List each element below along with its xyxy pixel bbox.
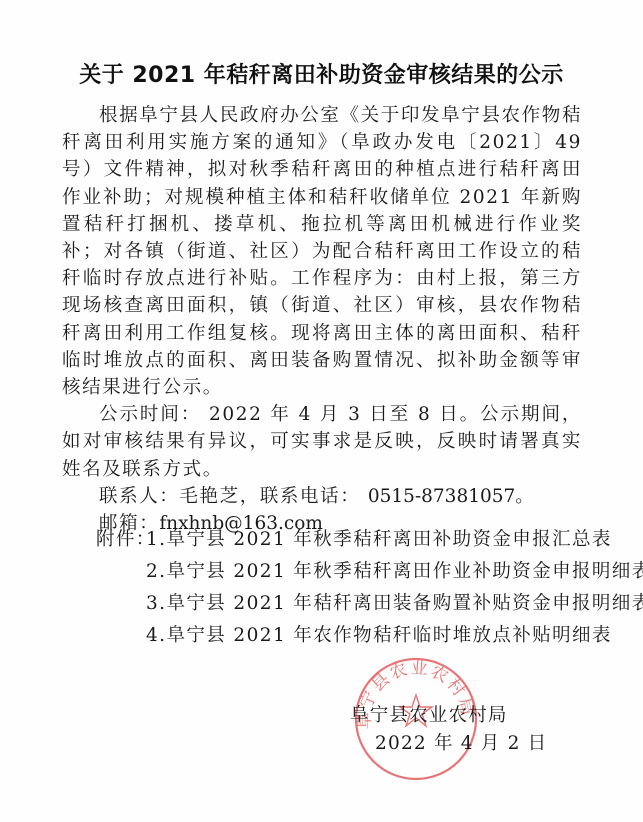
contact-phone: 0515-87381057。 (368, 486, 534, 507)
attachment-row: 4.阜宁县 2021 年农作物秸秆临时堆放点补贴明细表 (96, 620, 643, 652)
attachment-item: 3.阜宁县 2021 年秸秆离田装备购置补贴资金申报明细表 (146, 588, 643, 620)
contact-name: 毛艳芝 (179, 486, 239, 507)
signature-organization: 阜宁县农业农村局 (350, 702, 547, 730)
paragraph-publicity-period: 公示时间： 2022 年 4 月 3 日至 8 日。公示期间，如对审核结果有异议… (62, 401, 582, 483)
document-title: 关于 2021 年秸秆离田补助资金审核结果的公示 (0, 58, 643, 89)
signature-block: 阜宁县农业农村局 2022 年 4 月 2 日 (350, 702, 547, 758)
attachment-row: 附件： 1.阜宁县 2021 年秋季秸秆离田补助资金申报汇总表 (96, 524, 643, 556)
attachments-label: 附件： (96, 524, 146, 556)
contact-phone-label: ，联系电话： (240, 486, 361, 507)
attachment-item: 4.阜宁县 2021 年农作物秸秆临时堆放点补贴明细表 (146, 620, 612, 652)
attachments-list: 附件： 1.阜宁县 2021 年秋季秸秆离田补助资金申报汇总表 2.阜宁县 20… (96, 524, 643, 652)
document-page: 关于 2021 年秸秆离田补助资金审核结果的公示 根据阜宁县人民政府办公室《关于… (0, 0, 643, 822)
attachment-item: 1.阜宁县 2021 年秋季秸秆离田补助资金申报汇总表 (146, 524, 612, 556)
attachment-item: 2.阜宁县 2021 年秋季秸秆离田作业补助资金申报明细表 (146, 556, 643, 588)
document-body: 根据阜宁县人民政府办公室《关于印发阜宁县农作物秸秆离田利用实施方案的通知》（阜政… (62, 102, 582, 537)
attachment-row: 3.阜宁县 2021 年秸秆离田装备购置补贴资金申报明细表 (96, 588, 643, 620)
paragraph-basis: 根据阜宁县人民政府办公室《关于印发阜宁县农作物秸秆离田利用实施方案的通知》（阜政… (62, 102, 582, 401)
contact-label: 联系人： (99, 486, 179, 507)
contact-line: 联系人：毛艳芝，联系电话： 0515-87381057。 (62, 483, 582, 510)
attachment-row: 2.阜宁县 2021 年秋季秸秆离田作业补助资金申报明细表 (96, 556, 643, 588)
signature-date: 2022 年 4 月 2 日 (350, 730, 547, 758)
